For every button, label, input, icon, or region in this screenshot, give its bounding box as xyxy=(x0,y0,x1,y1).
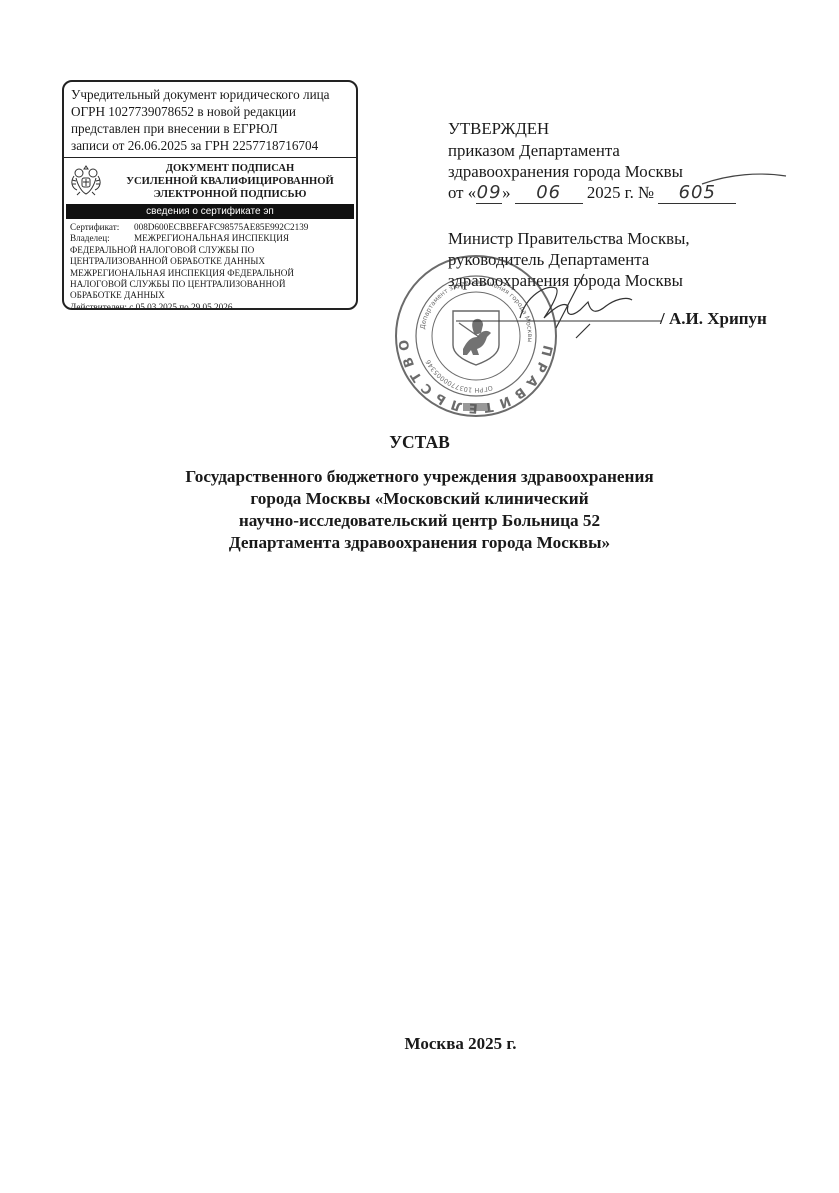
validity-row: Действителен: с 05.03.2025 по 29.05.2026 xyxy=(70,302,356,310)
approval-date-row: от «09» 06 2025 г. № 605 xyxy=(448,182,736,204)
date-mid: » xyxy=(502,183,510,202)
signed-line: ЭЛЕКТРОННОЙ ПОДПИСЬЮ xyxy=(108,188,352,201)
position-line: Министр Правительства Москвы, xyxy=(448,228,690,249)
certificate-details: Сертификат:008D600ECBBEFAFC98575AE85E992… xyxy=(64,219,356,310)
signed-notice-text: ДОКУМЕНТ ПОДПИСАН УСИЛЕННОЙ КВАЛИФИЦИРОВ… xyxy=(108,162,352,201)
signed-line: ДОКУМЕНТ ПОДПИСАН xyxy=(108,162,352,175)
document-title: УСТАВ xyxy=(0,432,839,453)
signer-name: / А.И. Хрипун xyxy=(660,309,767,329)
owner-line: ФЕДЕРАЛЬНОЙ НАЛОГОВОЙ СЛУЖБЫ ПО xyxy=(70,245,356,256)
subtitle-line: научно-исследовательский центр Больница … xyxy=(0,510,839,532)
approval-line: приказом Департамента xyxy=(448,140,620,161)
approval-day: 09 xyxy=(476,182,502,204)
signed-line: УСИЛЕННОЙ КВАЛИФИЦИРОВАННОЙ xyxy=(108,175,352,188)
date-prefix: от « xyxy=(448,183,476,202)
russian-coat-of-arms-icon xyxy=(68,162,104,198)
certificate-row: Сертификат:008D600ECBBEFAFC98575AE85E992… xyxy=(70,222,356,233)
registration-line: ОГРН 1027739078652 в новой редакции xyxy=(71,103,356,120)
owner-line: ЦЕНТРАЛИЗОВАННОЙ ОБРАБОТКЕ ДАННЫХ xyxy=(70,256,356,267)
signature-notice: ДОКУМЕНТ ПОДПИСАН УСИЛЕННОЙ КВАЛИФИЦИРОВ… xyxy=(64,158,356,204)
registration-certificate-box: Учредительный документ юридического лица… xyxy=(62,80,358,310)
approval-line: здравоохранения города Москвы xyxy=(448,161,683,182)
registration-info: Учредительный документ юридического лица… xyxy=(64,82,356,154)
subtitle-line: Государственного бюджетного учреждения з… xyxy=(0,466,839,488)
subtitle-line: города Москвы «Московский клинический xyxy=(0,488,839,510)
validity-label: Действителен: xyxy=(70,302,127,310)
approval-year: 2025 г. № xyxy=(587,183,654,202)
registration-line: записи от 26.06.2025 за ГРН 225771871670… xyxy=(71,137,356,154)
document-footer: Москва 2025 г. xyxy=(0,1034,839,1054)
owner-line: ОБРАБОТКЕ ДАННЫХ xyxy=(70,290,356,301)
approval-heading: УТВЕРЖДЕН xyxy=(448,118,549,139)
document-subtitle: Государственного бюджетного учреждения з… xyxy=(0,466,839,554)
certificate-value: 008D600ECBBEFAFC98575AE85E992C2139 xyxy=(134,222,308,232)
certificate-info-bar: сведения о сертификате эп xyxy=(66,204,354,219)
validity-value: с 05.03.2025 по 29.05.2026 xyxy=(129,302,232,310)
owner-value: МЕЖРЕГИОНАЛЬНАЯ ИНСПЕКЦИЯ xyxy=(134,233,289,243)
handwriting-stroke xyxy=(700,170,790,190)
handwritten-signature xyxy=(456,266,666,346)
approval-month: 06 xyxy=(515,182,583,204)
owner-row: Владелец:МЕЖРЕГИОНАЛЬНАЯ ИНСПЕКЦИЯ xyxy=(70,233,356,244)
registration-line: Учредительный документ юридического лица xyxy=(71,86,356,103)
owner-line: МЕЖРЕГИОНАЛЬНАЯ ИНСПЕКЦИЯ ФЕДЕРАЛЬНОЙ xyxy=(70,268,356,279)
subtitle-line: Департамента здравоохранения города Моск… xyxy=(0,532,839,554)
registration-line: представлен при внесении в ЕГРЮЛ xyxy=(71,120,356,137)
owner-line: НАЛОГОВОЙ СЛУЖБЫ ПО ЦЕНТРАЛИЗОВАННОЙ xyxy=(70,279,356,290)
certificate-label: Сертификат: xyxy=(70,222,134,233)
owner-label: Владелец: xyxy=(70,233,134,244)
